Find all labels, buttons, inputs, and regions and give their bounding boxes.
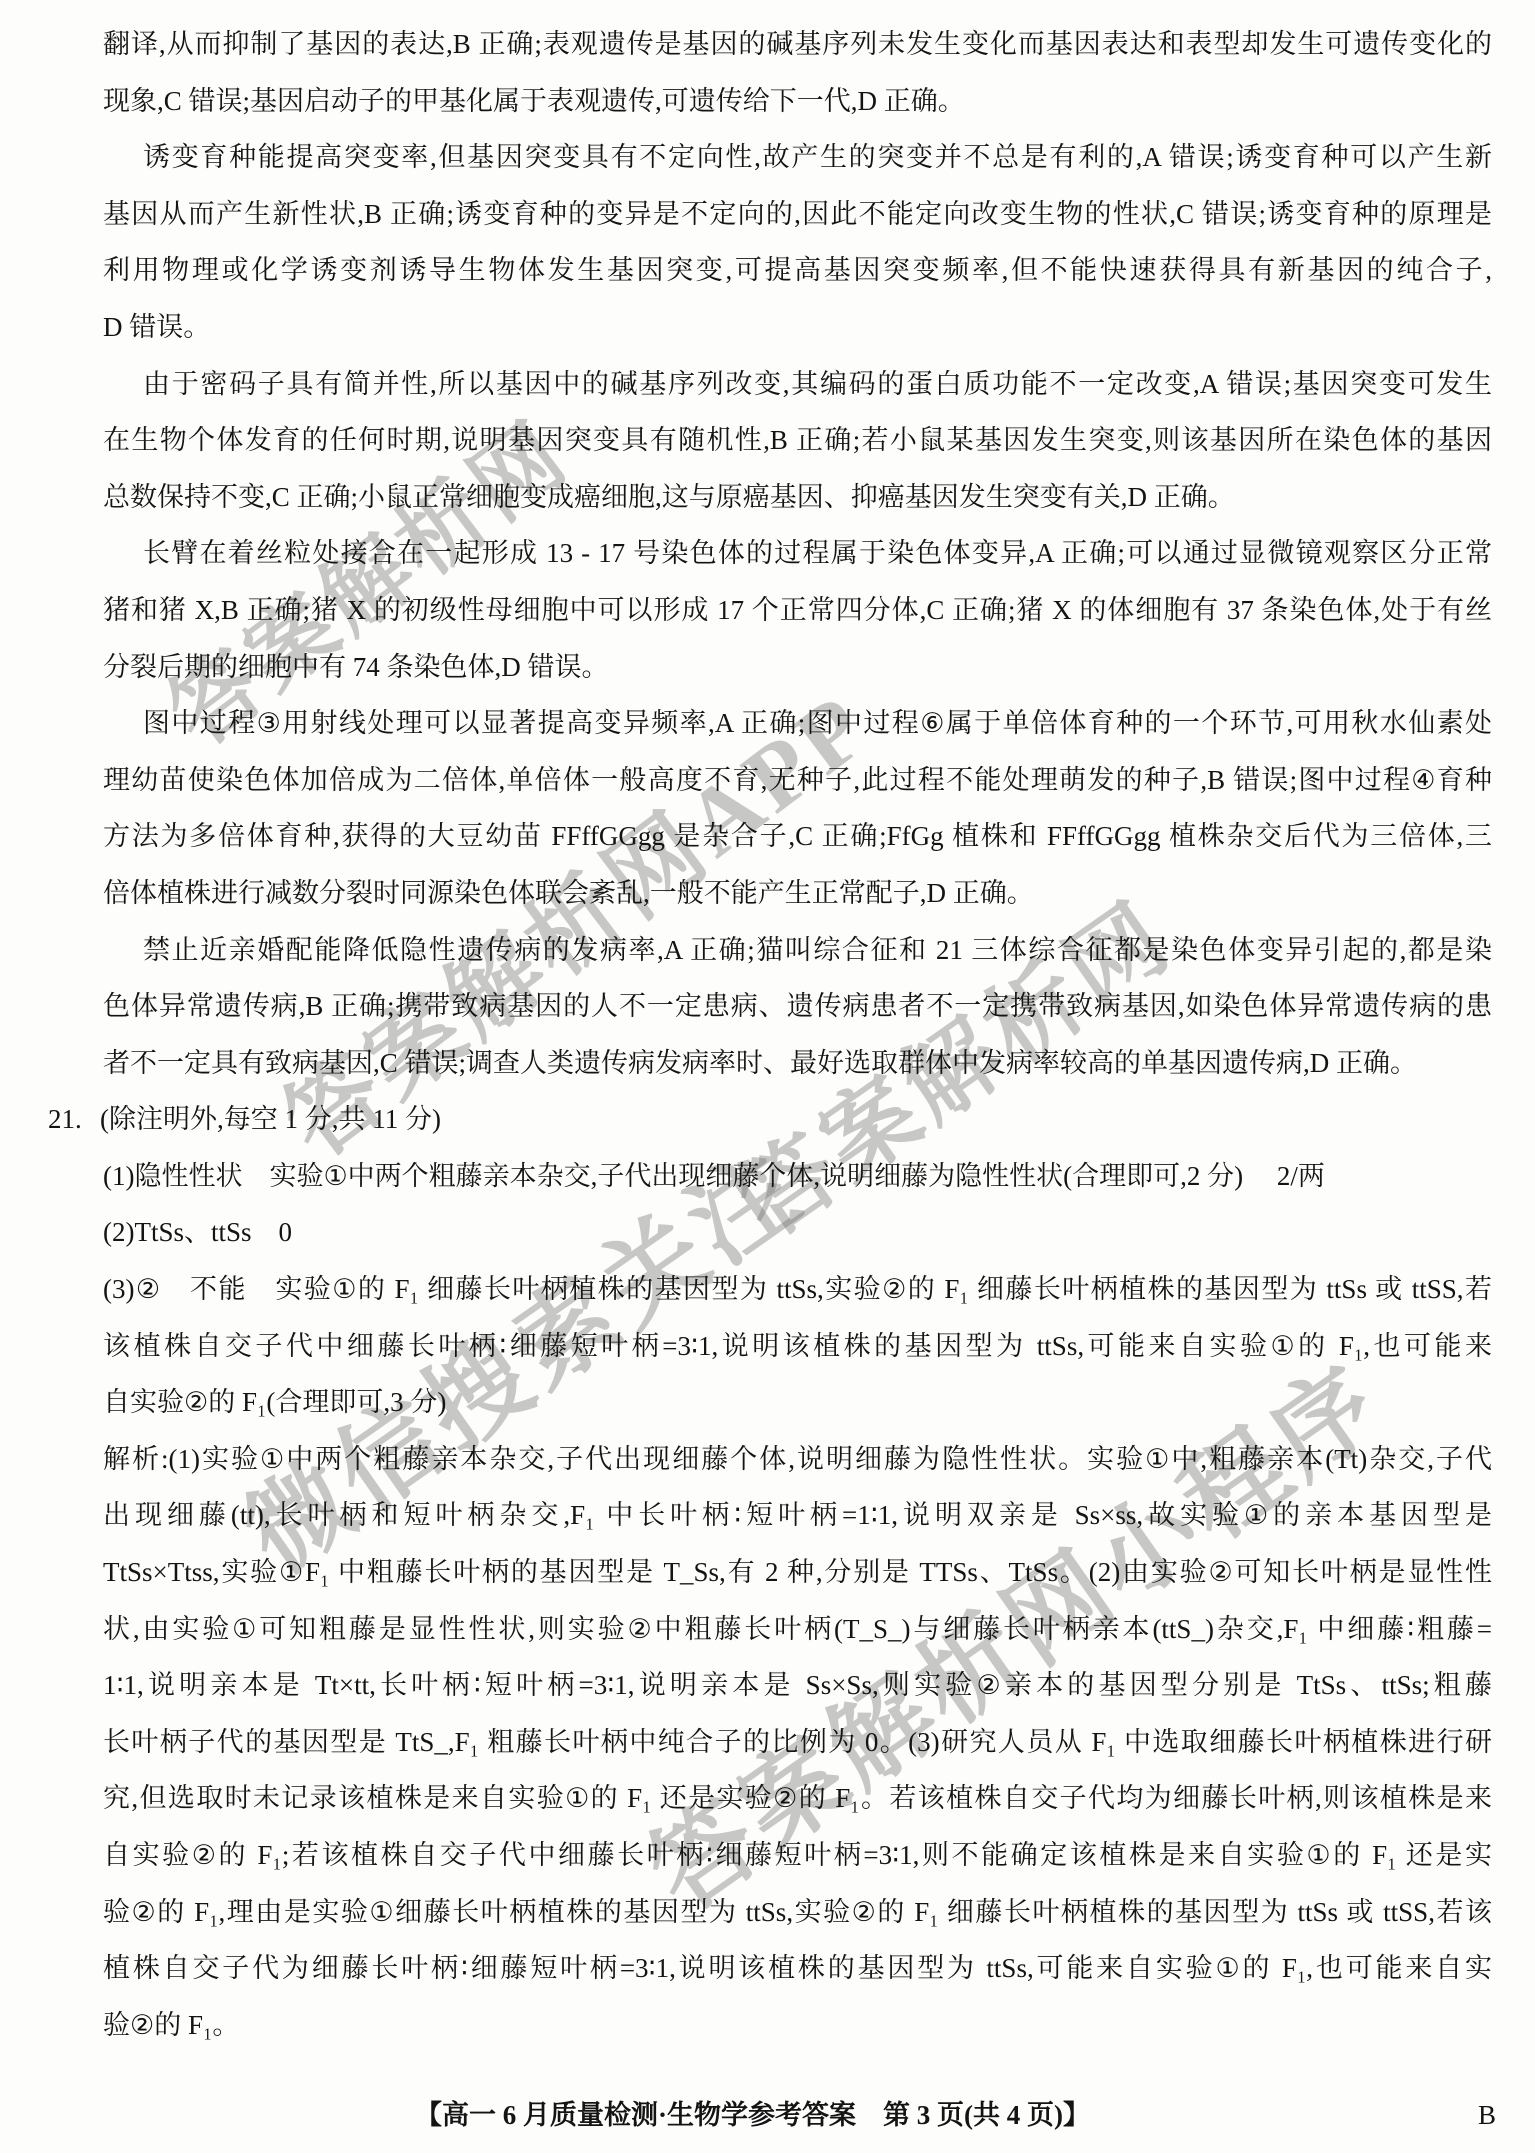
- answer-line: 18. D长臂在着丝粒处接合在一起形成 13 - 17 号染色体的过程属于染色体…: [143, 525, 1492, 582]
- answer-text-block: 翻译,从而抑制了基因的表达,B 正确;表观遗传是基因的碱基序列未发生变化而基因表…: [0, 0, 1535, 2053]
- answer-line: 现象,C 错误;基因启动子的甲基化属于表观遗传,可遗传给下一代,D 正确。: [103, 73, 1492, 130]
- line-text: D 错误。: [103, 312, 210, 342]
- answer-line: 1∶1,说明亲本是 Tt×tt,长叶柄∶短叶柄=3∶1,说明亲本是 Ss×Ss,…: [103, 1657, 1492, 1714]
- line-text: 色体异常遗传病,B 正确;携带致病基因的人不一定患病、遗传病患者不一定携带致病基…: [103, 991, 1492, 1021]
- answer-line: 猪和猪 X,B 正确;猪 X 的初级性母细胞中可以形成 17 个正常四分体,C …: [103, 582, 1492, 639]
- line-text: 诱变育种能提高突变率,但基因突变具有不定向性,故产生的突变并不总是有利的,A 错…: [143, 142, 1492, 172]
- line-text: (2)TtSs、ttSs 0: [103, 1217, 292, 1247]
- line-text: 验②的 F₁。: [103, 2010, 239, 2040]
- answer-line: 20. C禁止近亲婚配能降低隐性遗传病的发病率,A 正确;猫叫综合征和 21 三…: [143, 922, 1492, 979]
- answer-line: 验②的 F₁。: [103, 1997, 1492, 2054]
- line-text: 长叶柄子代的基因型是 TtS_,F₁ 粗藤长叶柄中纯合子的比例为 0。(3)研究…: [103, 1727, 1492, 1757]
- answer-line: D 错误。: [103, 299, 1492, 356]
- line-text: 验②的 F₁,理由是实验①细藤长叶柄植株的基因型为 ttSs,实验②的 F₁ 细…: [103, 1897, 1492, 1927]
- line-text: 植株自交子代为细藤长叶柄∶细藤短叶柄=3∶1,说明该植株的基因型为 ttSs,可…: [103, 1953, 1492, 1983]
- answer-line: 利用物理或化学诱变剂诱导生物体发生基因突变,可提高基因突变频率,但不能快速获得具…: [103, 242, 1492, 299]
- answer-line: 21.(除注明外,每空 1 分,共 11 分): [100, 1091, 1492, 1148]
- answer-line: 16. B诱变育种能提高突变率,但基因突变具有不定向性,故产生的突变并不总是有利…: [143, 129, 1492, 186]
- line-text: 解析:(1)实验①中两个粗藤亲本杂交,子代出现细藤个体,说明细藤为隐性性状。实验…: [103, 1444, 1492, 1474]
- item-number: 21.: [48, 1091, 82, 1148]
- line-text: 自实验②的 F₁;若该植株自交子代中细藤长叶柄∶细藤短叶柄=3∶1,则不能确定该…: [103, 1840, 1492, 1870]
- line-text: 状,由实验①可知粗藤是显性性状,则实验②中粗藤长叶柄(T_S_)与细藤长叶柄亲本…: [103, 1614, 1492, 1644]
- answer-line: 基因从而产生新性状,B 正确;诱变育种的变异是不定向的,因此不能定向改变生物的性…: [103, 186, 1492, 243]
- answer-line: (2)TtSs、ttSs 0: [103, 1204, 1492, 1261]
- line-text: 图中过程③用射线处理可以显著提高变异频率,A 正确;图中过程⑥属于单倍体育种的一…: [143, 708, 1492, 738]
- answer-line: 在生物个体发育的任何时期,说明基因突变具有随机性,B 正确;若小鼠某基因发生突变…: [103, 412, 1492, 469]
- line-text: 方法为多倍体育种,获得的大豆幼苗 FFffGGgg 是杂合子,C 正确;FfGg…: [103, 821, 1492, 851]
- page-footer: 【高一 6 月质量检测·生物学参考答案 第 3 页(共 4 页)】 B: [0, 2093, 1535, 2137]
- line-text: 由于密码子具有简并性,所以基因中的碱基序列改变,其编码的蛋白质功能不一定改变,A…: [143, 369, 1492, 399]
- answer-line: 状,由实验①可知粗藤是显性性状,则实验②中粗藤长叶柄(T_S_)与细藤长叶柄亲本…: [103, 1601, 1492, 1658]
- line-text: TtSs×Ttss,实验①F₁ 中粗藤长叶柄的基因型是 T_Ss,有 2 种,分…: [103, 1557, 1492, 1587]
- answer-line: 植株自交子代为细藤长叶柄∶细藤短叶柄=3∶1,说明该植株的基因型为 ttSs,可…: [103, 1940, 1492, 1997]
- answer-sheet-page: 答案解析网答案解析网APP答案解析网微信搜索关注答案解析网小程序 翻译,从而抑制…: [0, 0, 1535, 2153]
- answer-line: 究,但选取时未记录该植株是来自实验①的 F₁ 还是实验②的 F₁。若该植株自交子…: [103, 1770, 1492, 1827]
- answer-line: 色体异常遗传病,B 正确;携带致病基因的人不一定患病、遗传病患者不一定携带致病基…: [103, 978, 1492, 1035]
- answer-line: 倍体植株进行减数分裂时同源染色体联会紊乱,一般不能产生正常配子,D 正确。: [103, 865, 1492, 922]
- line-text: 现象,C 错误;基因启动子的甲基化属于表观遗传,可遗传给下一代,D 正确。: [103, 86, 965, 116]
- line-text: 出现细藤(tt),长叶柄和短叶柄杂交,F₁ 中长叶柄∶短叶柄=1∶1,说明双亲是…: [103, 1500, 1492, 1530]
- answer-line: 该植株自交子代中细藤长叶柄∶细藤短叶柄=3∶1,说明该植株的基因型为 ttSs,…: [103, 1318, 1492, 1375]
- answer-line: 分裂后期的细胞中有 74 条染色体,D 错误。: [103, 639, 1492, 696]
- line-text: 究,但选取时未记录该植株是来自实验①的 F₁ 还是实验②的 F₁。若该植株自交子…: [103, 1783, 1492, 1813]
- line-text: 该植株自交子代中细藤长叶柄∶细藤短叶柄=3∶1,说明该植株的基因型为 ttSs,…: [103, 1331, 1492, 1361]
- line-text: 基因从而产生新性状,B 正确;诱变育种的变异是不定向的,因此不能定向改变生物的性…: [103, 199, 1492, 229]
- line-text: 在生物个体发育的任何时期,说明基因突变具有随机性,B 正确;若小鼠某基因发生突变…: [103, 425, 1492, 455]
- line-text: 长臂在着丝粒处接合在一起形成 13 - 17 号染色体的过程属于染色体变异,A …: [143, 538, 1492, 568]
- answer-line: 解析:(1)实验①中两个粗藤亲本杂交,子代出现细藤个体,说明细藤为隐性性状。实验…: [103, 1431, 1492, 1488]
- answer-line: 长叶柄子代的基因型是 TtS_,F₁ 粗藤长叶柄中纯合子的比例为 0。(3)研究…: [103, 1714, 1492, 1771]
- answer-line: 验②的 F₁,理由是实验①细藤长叶柄植株的基因型为 ttSs,实验②的 F₁ 细…: [103, 1884, 1492, 1941]
- footer-title: 【高一 6 月质量检测·生物学参考答案 第 3 页(共 4 页)】: [415, 2093, 1090, 2137]
- line-text: 禁止近亲婚配能降低隐性遗传病的发病率,A 正确;猫叫综合征和 21 三体综合征都…: [143, 935, 1492, 965]
- line-text: 分裂后期的细胞中有 74 条染色体,D 错误。: [103, 652, 609, 682]
- page-edition-label: B: [1478, 2093, 1496, 2137]
- answer-line: (1)隐性性状 实验①中两个粗藤亲本杂交,子代出现细藤个体,说明细藤为隐性性状(…: [103, 1148, 1492, 1205]
- line-text: 猪和猪 X,B 正确;猪 X 的初级性母细胞中可以形成 17 个正常四分体,C …: [103, 595, 1492, 625]
- answer-line: 者不一定具有致病基因,C 错误;调查人类遗传病发病率时、最好选取群体中发病率较高…: [103, 1035, 1492, 1092]
- answer-line: 方法为多倍体育种,获得的大豆幼苗 FFffGGgg 是杂合子,C 正确;FfGg…: [103, 808, 1492, 865]
- answer-line: 出现细藤(tt),长叶柄和短叶柄杂交,F₁ 中长叶柄∶短叶柄=1∶1,说明双亲是…: [103, 1487, 1492, 1544]
- answer-line: 自实验②的 F₁;若该植株自交子代中细藤长叶柄∶细藤短叶柄=3∶1,则不能确定该…: [103, 1827, 1492, 1884]
- answer-line: 理幼苗使染色体加倍成为二倍体,单倍体一般高度不育,无种子,此过程不能处理萌发的种…: [103, 752, 1492, 809]
- answer-line: (3)② 不能 实验①的 F₁ 细藤长叶柄植株的基因型为 ttSs,实验②的 F…: [103, 1261, 1492, 1318]
- answer-line: 自实验②的 F₁(合理即可,3 分): [103, 1374, 1492, 1431]
- line-text: (3)② 不能 实验①的 F₁ 细藤长叶柄植株的基因型为 ttSs,实验②的 F…: [103, 1274, 1492, 1304]
- line-text: 自实验②的 F₁(合理即可,3 分): [103, 1387, 446, 1417]
- line-text: 者不一定具有致病基因,C 错误;调查人类遗传病发病率时、最好选取群体中发病率较高…: [103, 1048, 1417, 1078]
- answer-line: TtSs×Ttss,实验①F₁ 中粗藤长叶柄的基因型是 T_Ss,有 2 种,分…: [103, 1544, 1492, 1601]
- line-text: (1)隐性性状 实验①中两个粗藤亲本杂交,子代出现细藤个体,说明细藤为隐性性状(…: [103, 1161, 1325, 1191]
- line-text: (除注明外,每空 1 分,共 11 分): [100, 1104, 441, 1134]
- answer-line: 19. B图中过程③用射线处理可以显著提高变异频率,A 正确;图中过程⑥属于单倍…: [143, 695, 1492, 752]
- line-text: 1∶1,说明亲本是 Tt×tt,长叶柄∶短叶柄=3∶1,说明亲本是 Ss×Ss,…: [103, 1670, 1492, 1700]
- line-text: 理幼苗使染色体加倍成为二倍体,单倍体一般高度不育,无种子,此过程不能处理萌发的种…: [103, 765, 1492, 795]
- answer-line: 翻译,从而抑制了基因的表达,B 正确;表观遗传是基因的碱基序列未发生变化而基因表…: [103, 16, 1492, 73]
- line-text: 倍体植株进行减数分裂时同源染色体联会紊乱,一般不能产生正常配子,D 正确。: [103, 878, 1034, 908]
- line-text: 总数保持不变,C 正确;小鼠正常细胞变成癌细胞,这与原癌基因、抑癌基因发生突变有…: [103, 482, 1235, 512]
- line-text: 翻译,从而抑制了基因的表达,B 正确;表观遗传是基因的碱基序列未发生变化而基因表…: [103, 29, 1492, 59]
- answer-line: 总数保持不变,C 正确;小鼠正常细胞变成癌细胞,这与原癌基因、抑癌基因发生突变有…: [103, 469, 1492, 526]
- answer-line: 17. A由于密码子具有简并性,所以基因中的碱基序列改变,其编码的蛋白质功能不一…: [143, 356, 1492, 413]
- line-text: 利用物理或化学诱变剂诱导生物体发生基因突变,可提高基因突变频率,但不能快速获得具…: [103, 255, 1492, 285]
